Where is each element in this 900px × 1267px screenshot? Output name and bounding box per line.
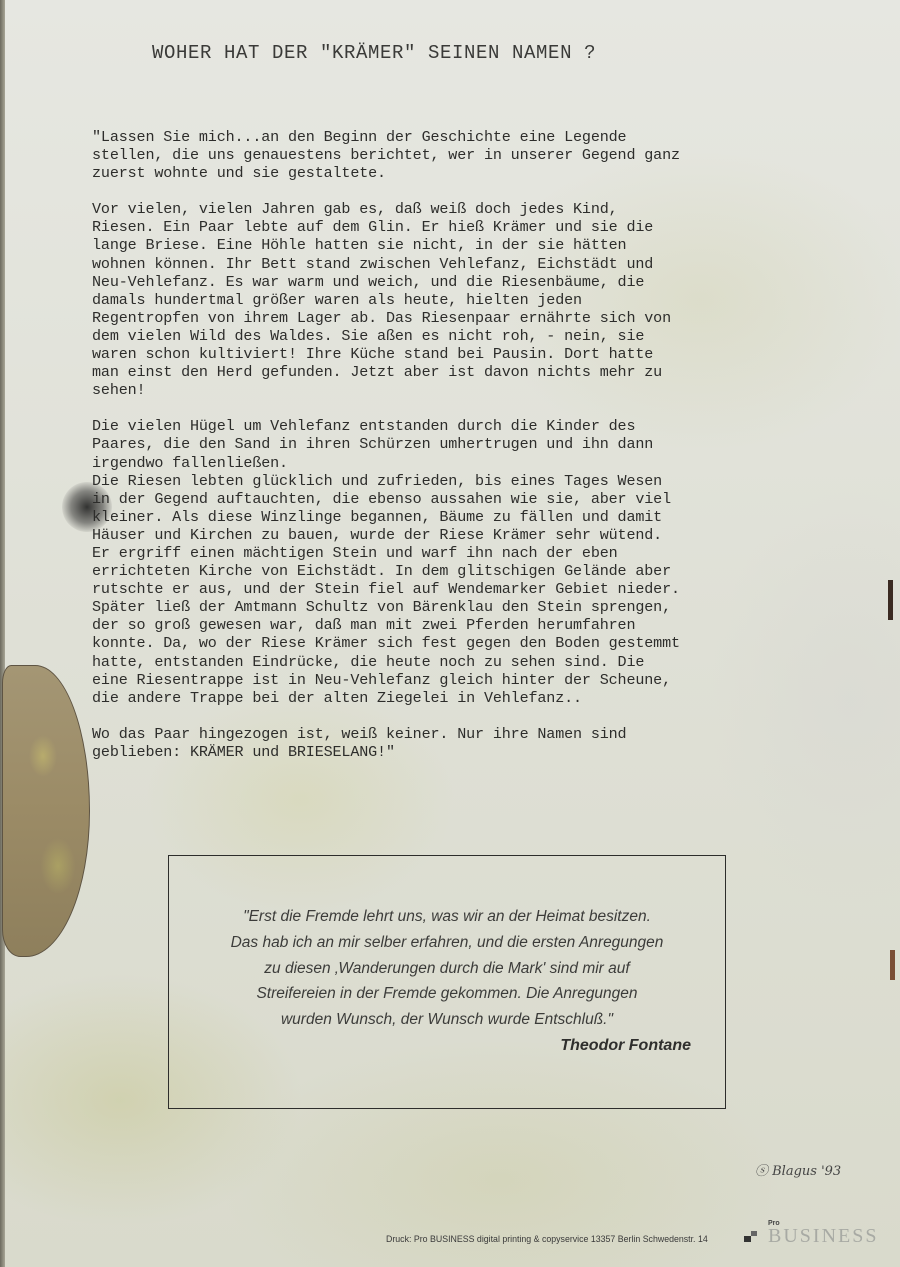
fontane-quote-box: "Erst die Fremde lehrt uns, was wir an d… <box>168 855 726 1109</box>
quote-author: Theodor Fontane <box>560 1037 691 1055</box>
print-credit: Druck: Pro BUSINESS digital printing & c… <box>386 1234 708 1244</box>
paragraph-hills-stone: Die vielen Hügel um Vehlefanz entstanden… <box>92 417 852 707</box>
logo-square-icon <box>744 1236 751 1242</box>
legend-text: "Lassen Sie mich...an den Beginn der Ges… <box>92 128 852 761</box>
business-logo: Pro BUSINESS <box>744 1220 884 1250</box>
board-edge <box>0 0 5 1267</box>
rust-mark <box>890 950 895 980</box>
weathered-tape-patch <box>2 665 90 957</box>
paragraph-intro: "Lassen Sie mich...an den Beginn der Ges… <box>92 128 852 182</box>
handwritten-signature: ⓢ Blagus '93 <box>755 1160 841 1179</box>
quote-text: "Erst die Fremde lehrt uns, was wir an d… <box>169 904 725 1033</box>
nail-mark <box>888 580 893 620</box>
paragraph-giants: Vor vielen, vielen Jahren gab es, daß we… <box>92 200 852 399</box>
logo-square-icon <box>751 1231 757 1236</box>
paragraph-ending: Wo das Paar hingezogen ist, weiß keiner.… <box>92 725 852 761</box>
page-title: WOHER HAT DER "KRÄMER" SEINEN NAMEN ? <box>152 42 596 64</box>
logo-wordmark: BUSINESS <box>768 1225 878 1248</box>
